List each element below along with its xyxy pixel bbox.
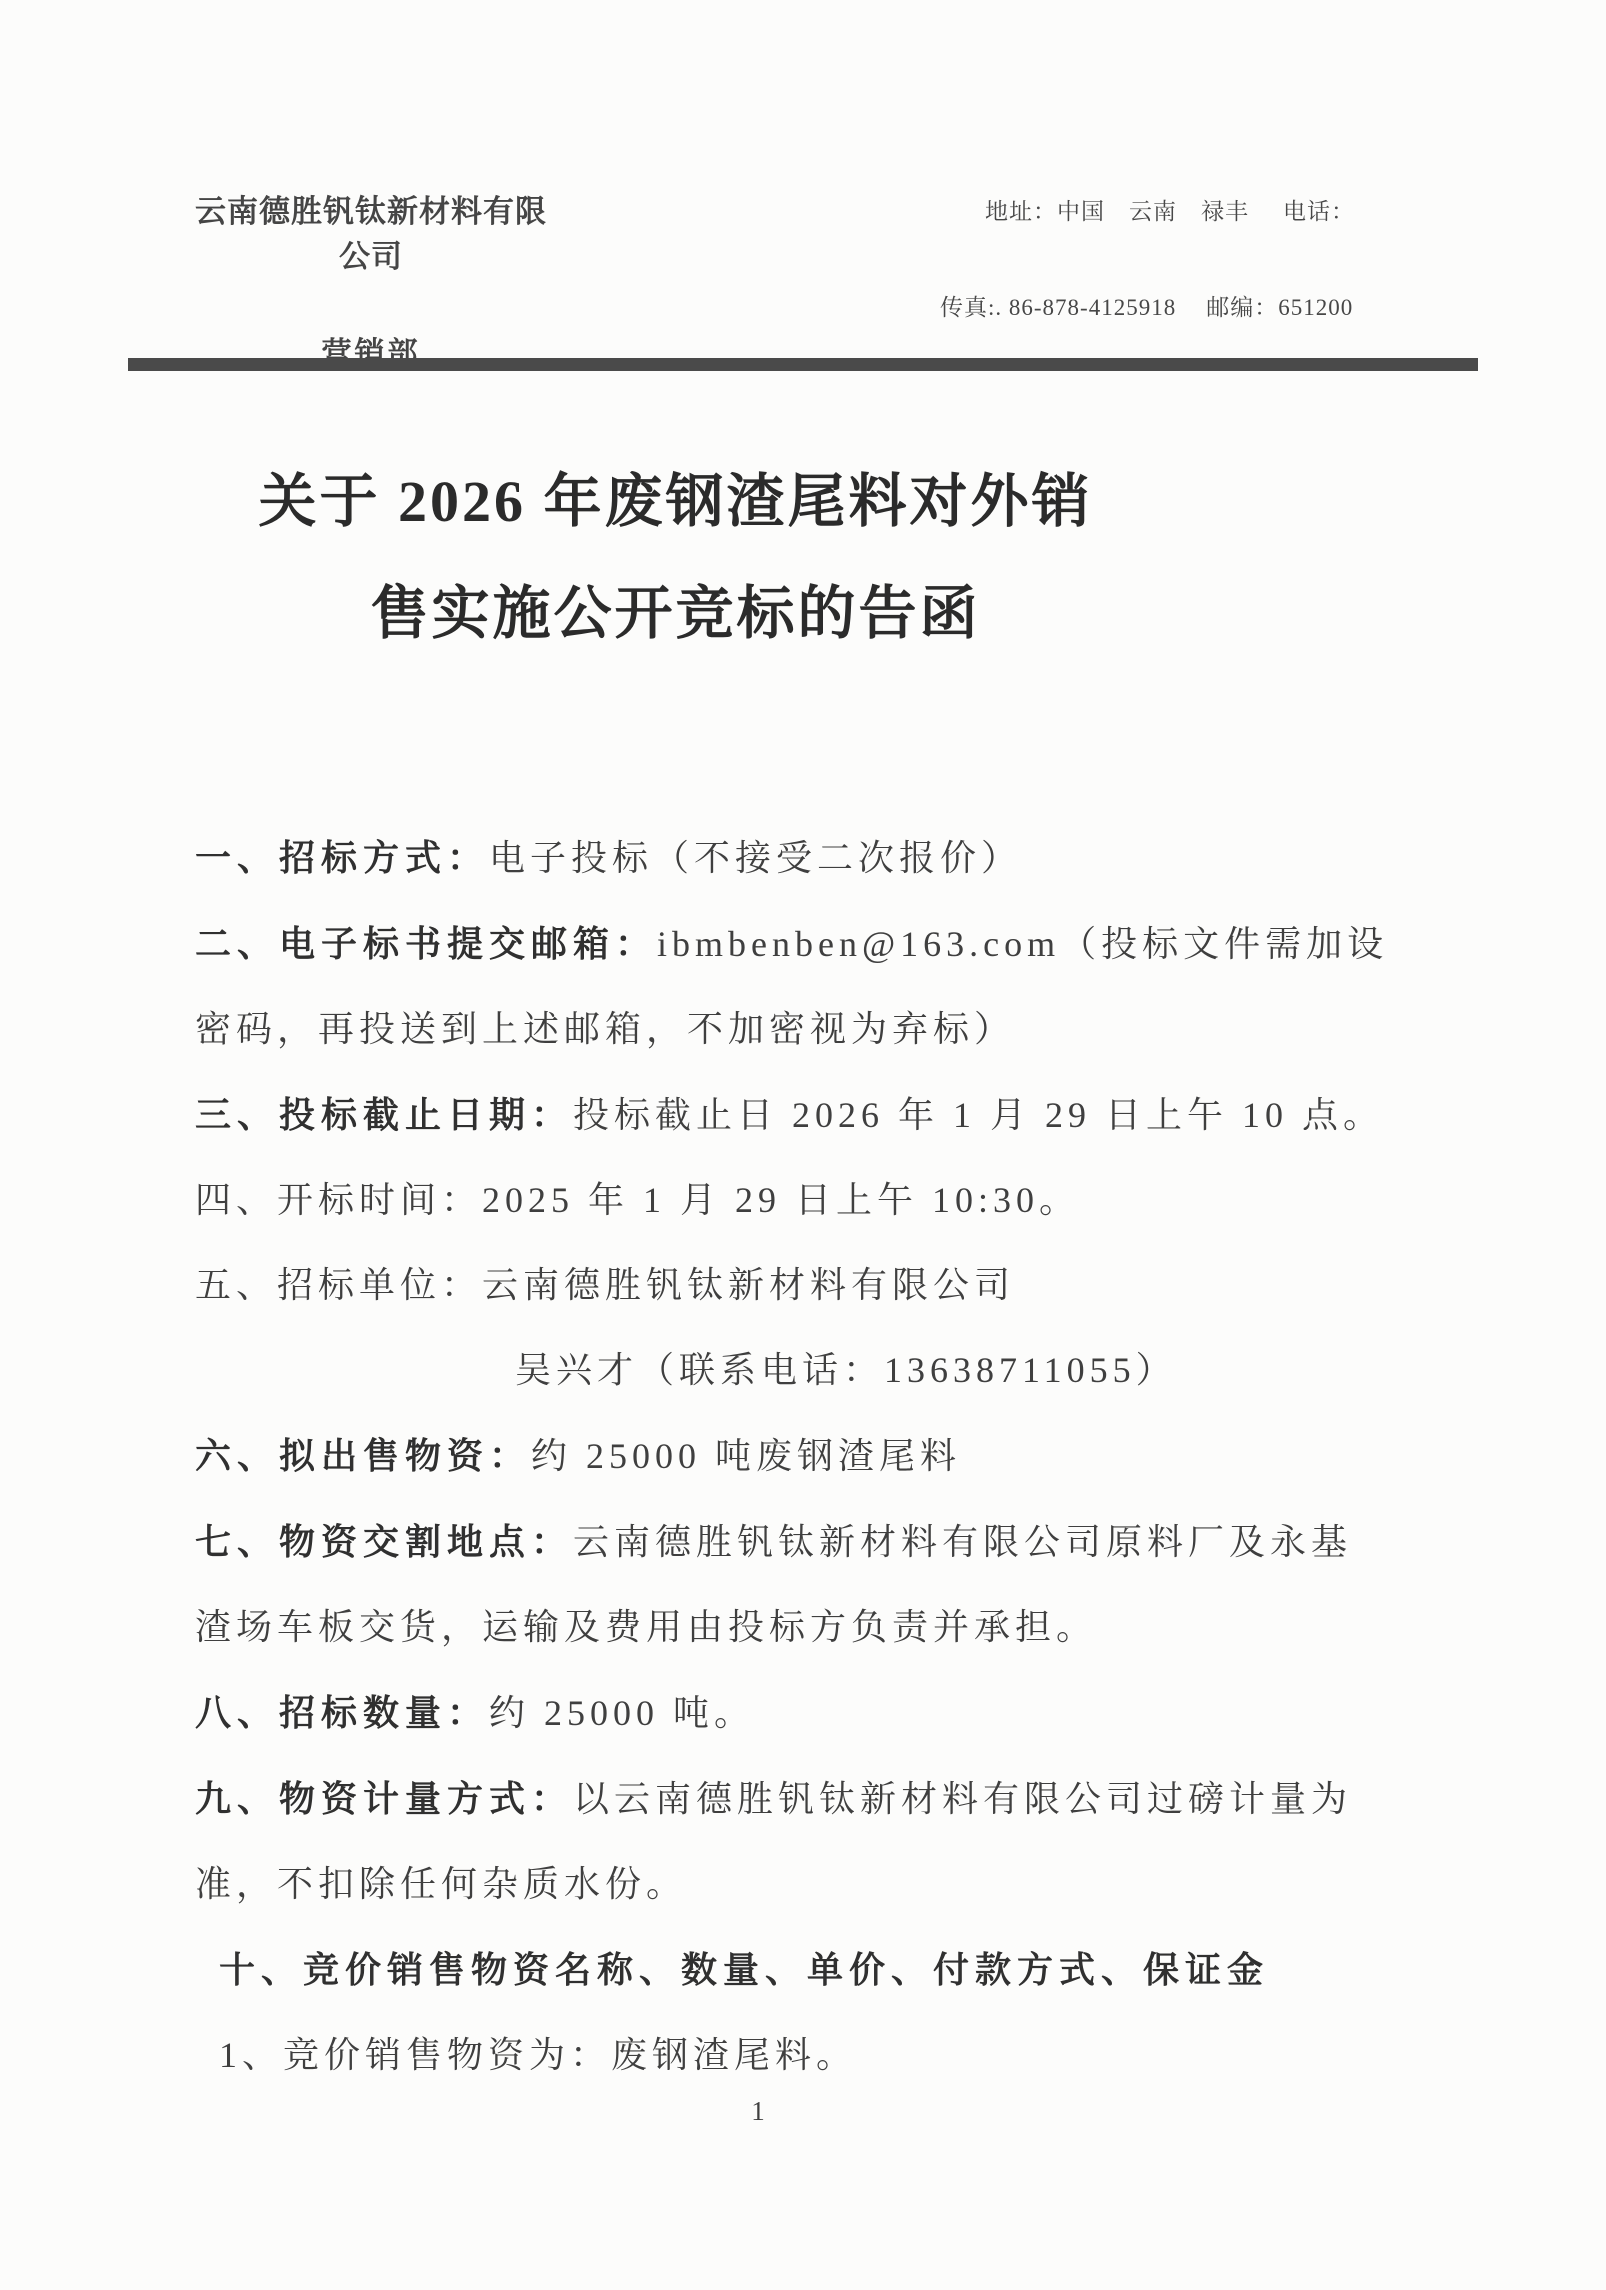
line-text: 密码，再投送到上述邮箱，不加密视为弃标） bbox=[195, 1009, 1015, 1049]
company-name: 云南德胜钒钛新材料有限公司 bbox=[182, 186, 560, 276]
line-text: 2025 年 1 月 29 日上午 10:30。 bbox=[482, 1180, 1080, 1220]
fax-label: 传真:. 86-878-4125918 bbox=[940, 295, 1176, 320]
letterhead-fax-line: 传真:. 86-878-4125918邮编：651200 bbox=[940, 289, 1353, 322]
postcode-label: 邮编：651200 bbox=[1206, 295, 1353, 320]
line-lead: 二、电子标书提交邮箱： bbox=[195, 923, 657, 964]
body-line: 准，不扣除任何杂质水份。 bbox=[195, 1842, 1475, 1927]
body-line: 九、物资计量方式：以云南德胜钒钛新材料有限公司过磅计量为 bbox=[195, 1756, 1475, 1842]
document-title-line1: 关于 2026 年废钢渣尾料对外销 bbox=[118, 446, 1233, 558]
line-text: 云南德胜钒钛新材料有限公司 bbox=[482, 1265, 1015, 1305]
body-line: 七、物资交割地点：云南德胜钒钛新材料有限公司原料厂及永基 bbox=[195, 1499, 1475, 1585]
line-text: ibmbenben@163.com（投标文件需加设 bbox=[657, 924, 1388, 964]
line-text: 约 25000 吨。 bbox=[489, 1693, 755, 1733]
letterhead-divider-rule bbox=[128, 358, 1478, 371]
line-lead: 六、拟出售物资： bbox=[195, 1435, 531, 1476]
line-text: 准，不扣除任何杂质水份。 bbox=[195, 1864, 687, 1904]
document-title-line2: 售实施公开竞标的告函 bbox=[118, 558, 1233, 670]
body-line: 吴兴才（联系电话：13638711055） bbox=[195, 1328, 1475, 1413]
letterhead-left: 云南德胜钒钛新材料有限公司 营销部 bbox=[182, 186, 560, 372]
body-line: 一、招标方式：电子投标（不接受二次报价） bbox=[195, 815, 1475, 901]
line-lead: 十、竞价销售物资名称、数量、单价、付款方式、保证金 bbox=[219, 1949, 1269, 1990]
body-line: 三、投标截止日期：投标截止日 2026 年 1 月 29 日上午 10 点。 bbox=[195, 1072, 1475, 1158]
body-line: 1、竞价销售物资为：废钢渣尾料。 bbox=[195, 2013, 1475, 2098]
line-text: 电子投标（不接受二次报价） bbox=[489, 838, 1022, 878]
line-lead: 五、招标单位： bbox=[195, 1265, 482, 1305]
scanned-document-page: 云南德胜钒钛新材料有限公司 营销部 地址：中国 云南 禄丰电话： 传真:. 86… bbox=[0, 0, 1606, 2290]
page-number: 1 bbox=[0, 2096, 1516, 2127]
body-line: 八、招标数量：约 25000 吨。 bbox=[195, 1670, 1475, 1756]
line-text: 吴兴才（联系电话：13638711055） bbox=[515, 1350, 1177, 1390]
phone-label: 电话： bbox=[1283, 199, 1355, 224]
line-lead: 七、物资交割地点： bbox=[195, 1521, 573, 1562]
line-text: 投标截止日 2026 年 1 月 29 日上午 10 点。 bbox=[573, 1095, 1384, 1135]
line-lead: 四、开标时间： bbox=[195, 1180, 482, 1220]
line-lead: 三、投标截止日期： bbox=[195, 1094, 573, 1135]
body-line: 十、竞价销售物资名称、数量、单价、付款方式、保证金 bbox=[195, 1927, 1475, 2013]
body-line: 渣场车板交货，运输及费用由投标方负责并承担。 bbox=[195, 1585, 1475, 1670]
document-title: 关于 2026 年废钢渣尾料对外销 售实施公开竞标的告函 bbox=[118, 446, 1233, 670]
body-line: 二、电子标书提交邮箱：ibmbenben@163.com（投标文件需加设 bbox=[195, 901, 1475, 987]
line-text: 1、竞价销售物资为：废钢渣尾料。 bbox=[219, 2035, 857, 2075]
body-line: 四、开标时间：2025 年 1 月 29 日上午 10:30。 bbox=[195, 1158, 1475, 1243]
line-lead: 八、招标数量： bbox=[195, 1692, 489, 1733]
line-lead: 九、物资计量方式： bbox=[195, 1778, 573, 1819]
document-body: 一、招标方式：电子投标（不接受二次报价）二、电子标书提交邮箱：ibmbenben… bbox=[195, 815, 1475, 2098]
line-text: 云南德胜钒钛新材料有限公司原料厂及永基 bbox=[573, 1522, 1352, 1562]
body-line: 六、拟出售物资：约 25000 吨废钢渣尾料 bbox=[195, 1413, 1475, 1499]
address-label: 地址：中国 云南 禄丰 bbox=[985, 199, 1249, 224]
line-lead: 一、招标方式： bbox=[195, 837, 489, 878]
line-text: 约 25000 吨废钢渣尾料 bbox=[531, 1436, 961, 1476]
body-line: 密码，再投送到上述邮箱，不加密视为弃标） bbox=[195, 987, 1475, 1072]
body-line: 五、招标单位：云南德胜钒钛新材料有限公司 bbox=[195, 1243, 1475, 1328]
line-text: 以云南德胜钒钛新材料有限公司过磅计量为 bbox=[573, 1779, 1352, 1819]
line-text: 渣场车板交货，运输及费用由投标方负责并承担。 bbox=[195, 1607, 1097, 1647]
letterhead-address-line: 地址：中国 云南 禄丰电话： bbox=[985, 193, 1355, 226]
